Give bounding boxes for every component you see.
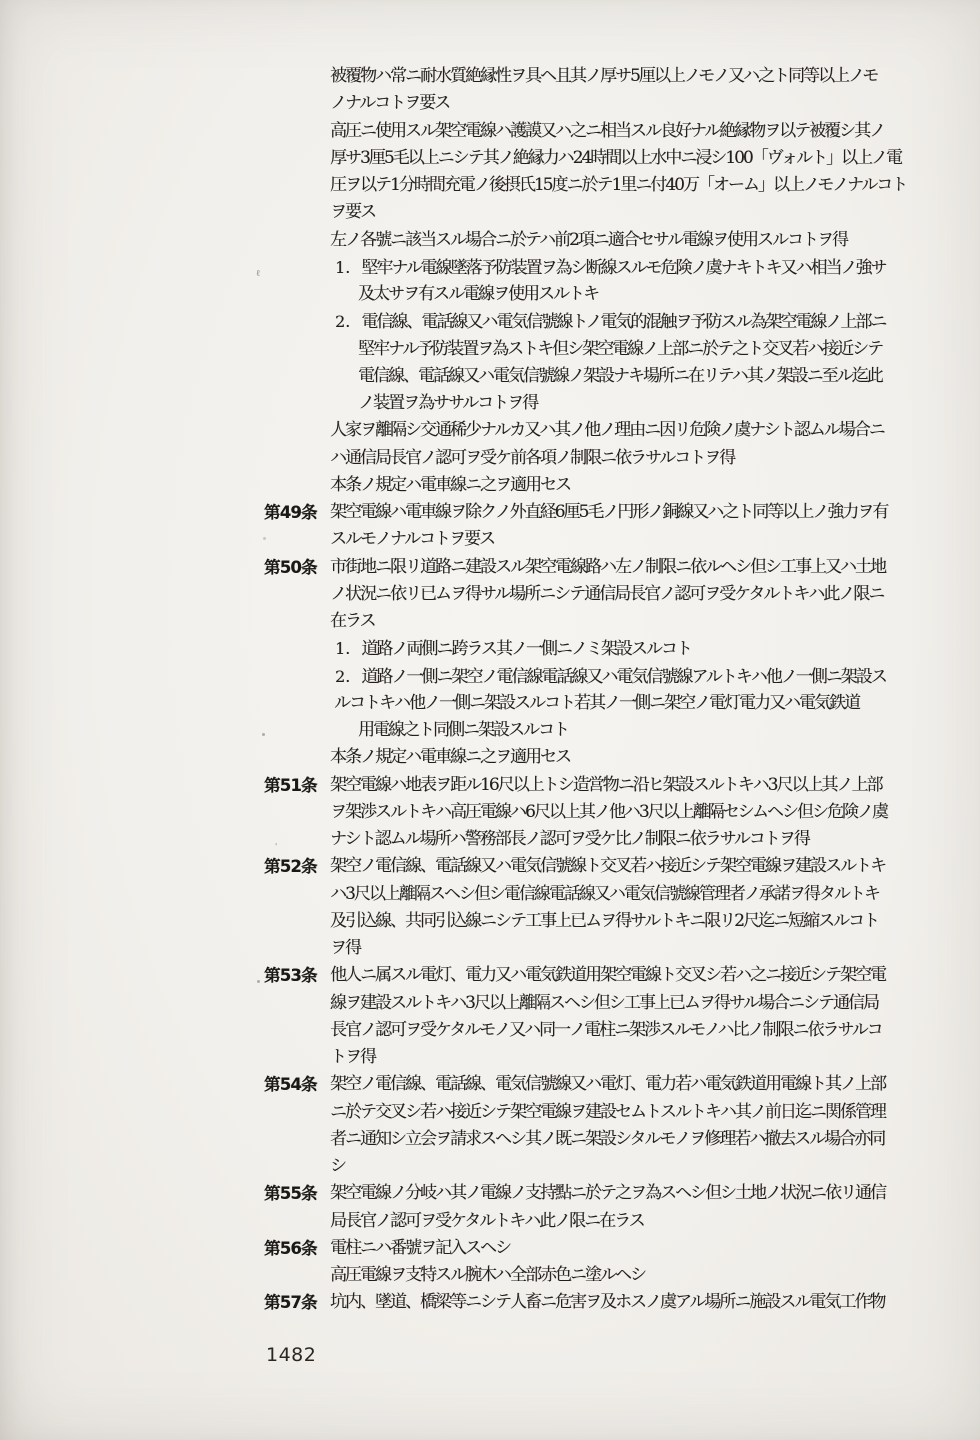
text-line: スルモノナルコトヲ要ス bbox=[0, 526, 980, 553]
line-text: 用電線之ト同側ニ架設スルコト bbox=[358, 717, 568, 744]
text-line: 圧ヲ以テ1分時間充電ノ後摂氏15度ニ於テ1里ニ付40万「オーム」以上ノモノナルコ… bbox=[0, 172, 980, 199]
line-text: 局長官ノ認可ヲ受ケタルトキハ此ノ限ニ在ラス bbox=[330, 1208, 644, 1235]
text-line: 第49条 架空電線ハ電車線ヲ除クノ外直経6厘5毛ノ円形ノ銅線又ハ之ト同等以上ノ強… bbox=[0, 499, 980, 526]
line-text: ヲ要ス bbox=[330, 199, 375, 226]
line-text: 長官ノ認可ヲ受ケタルモノ又ハ同一ノ電柱ニ架渉スルモノハ比ノ制限ニ依ラサルコ bbox=[330, 1017, 882, 1044]
text-line: 本条ノ規定ハ電車線ニ之ヲ適用セス bbox=[0, 744, 980, 771]
text-line: 第56条 電柱ニハ番號ヲ記入スヘシ bbox=[0, 1235, 980, 1262]
text-line: 第51条 架空電線ハ地表ヲ距ル16尺以上トシ造営物ニ沿ヒ架設スルトキハ3尺以上其… bbox=[0, 772, 980, 799]
line-text: ヲ得 bbox=[330, 935, 360, 962]
line-text: 電信線、電話線又ハ電気信號線トノ電気的混触ヲ予防スル為架空電線ノ上部ニ bbox=[361, 309, 885, 336]
line-text: ノ装置ヲ為ササルコトヲ得 bbox=[358, 390, 537, 417]
text-line: 第50条 市街地ニ限リ道路ニ建設スル架空電線路ハ左ノ制限ニ依ルヘシ但シ工事上又ハ… bbox=[0, 554, 980, 581]
scan-speck bbox=[257, 980, 260, 983]
article-number: 第51条 bbox=[264, 772, 317, 799]
text-line: 第55条 架空電線ノ分岐ハ其ノ電線ノ支持點ニ於テ之ヲ為スヘシ但シ土地ノ状況ニ依リ… bbox=[0, 1180, 980, 1207]
line-text: ノ状況ニ依リ已ムヲ得サル場所ニシテ通信局長官ノ認可ヲ受ケタルトキハ此ノ限ニ bbox=[330, 581, 883, 608]
text-line: 左ノ各號ニ該当スル場合ニ於テハ前2項ニ適合セサル電線ヲ使用スルコトヲ得 bbox=[0, 227, 980, 254]
document-body: 被覆物ハ常ニ耐水質絶縁性ヲ具ヘ且其ノ厚サ5厘以上ノモノ又ハ之ト同等以上ノモ ノナ… bbox=[0, 63, 980, 1317]
text-line: 在ラス bbox=[0, 608, 980, 635]
line-text: ハ3尺以上離隔スヘシ但シ電信線電話線又ハ電気信號線管理者ノ承諾ヲ得タルトキ bbox=[330, 881, 879, 908]
text-line: 局長官ノ認可ヲ受ケタルトキハ此ノ限ニ在ラス bbox=[0, 1208, 980, 1235]
line-text: ノナルコトヲ要ス bbox=[330, 90, 449, 117]
line-text: 電信線、電話線又ハ電気信號線ノ架設ナキ場所ニ在リテハ其ノ架設ニ至ル迄此 bbox=[358, 363, 882, 390]
item-number: 1. bbox=[335, 254, 358, 281]
line-text: ナシト認ムル場所ハ警務部長ノ認可ヲ受ケ比ノ制限ニ依ラサルコトヲ得 bbox=[330, 826, 809, 853]
line-text: 高圧電線ヲ支特スル腕木ハ全部赤色ニ塗ルヘシ bbox=[330, 1262, 645, 1289]
article-number: 第49条 bbox=[264, 499, 317, 526]
page-number: 1482 bbox=[266, 1344, 316, 1366]
article-number: 第52条 bbox=[264, 853, 317, 880]
text-line: 2. 道路ノ一側ニ架空ノ電信線電話線又ハ電気信號線アルトキハ他ノ一側ニ架設ス bbox=[0, 663, 980, 690]
scan-speck: ' bbox=[275, 842, 277, 851]
line-text: ニ於テ交叉シ若ハ接近シテ架空電線ヲ建設セムトスルトキハ其ノ前日迄ニ関係管理 bbox=[330, 1099, 885, 1126]
scan-speck bbox=[263, 537, 266, 540]
line-text: 者ニ通知シ立会ヲ請求スヘシ其ノ既ニ架設シタルモノヲ修理若ハ撤去スル場合亦同 bbox=[330, 1126, 884, 1153]
text-line: 第53条 他人ニ属スル電灯、電力又ハ電気鉄道用架空電線ト交叉シ若ハ之ニ接近シテ架… bbox=[0, 962, 980, 989]
text-line: 及引込線、共同引込線ニシテ工事上已ムヲ得サルトキニ限リ2尺迄ニ短縮スルコト bbox=[0, 908, 980, 935]
text-line: ハ3尺以上離隔スヘシ但シ電信線電話線又ハ電気信號線管理者ノ承諾ヲ得タルトキ bbox=[0, 881, 980, 908]
text-line: 被覆物ハ常ニ耐水質絶縁性ヲ具ヘ且其ノ厚サ5厘以上ノモノ又ハ之ト同等以上ノモ bbox=[0, 63, 980, 90]
article-number: 第55条 bbox=[264, 1180, 317, 1207]
article-number: 第50条 bbox=[264, 554, 317, 581]
line-text: 架空電線ハ地表ヲ距ル16尺以上トシ造営物ニ沿ヒ架設スルトキハ3尺以上其ノ上部 bbox=[330, 772, 881, 799]
text-line: 堅牢ナル予防装置ヲ為ストキ但シ架空電線ノ上部ニ於テ之ト交叉若ハ接近シテ bbox=[0, 336, 980, 363]
text-line: 厚サ3厘5毛以上ニシテ其ノ絶縁力ハ24時間以上水中ニ浸シ100「ヴォルト」以上ノ… bbox=[0, 145, 980, 172]
text-line: 線ヲ建設スルトキハ3尺以上離隔スヘシ但シ工事上已ムヲ得サル場合ニシテ通信局 bbox=[0, 990, 980, 1017]
item-number: 1. bbox=[335, 635, 358, 662]
scanned-document-page: 被覆物ハ常ニ耐水質絶縁性ヲ具ヘ且其ノ厚サ5厘以上ノモノ又ハ之ト同等以上ノモ ノナ… bbox=[0, 0, 980, 1440]
text-line: ハ通信局長官ノ認可ヲ受ケ前各項ノ制限ニ依ラサルコトヲ得 bbox=[0, 445, 980, 472]
text-line: ヲ要ス bbox=[0, 199, 980, 226]
article-number: 第53条 bbox=[264, 962, 317, 989]
line-text: ルコトキハ他ノ一側ニ架設スルコト若其ノ一側ニ架空ノ電灯電力又ハ電気鉄道 bbox=[334, 690, 859, 717]
text-line: 者ニ通知シ立会ヲ請求スヘシ其ノ既ニ架設シタルモノヲ修理若ハ撤去スル場合亦同 bbox=[0, 1126, 980, 1153]
line-text: 架空電線ノ分岐ハ其ノ電線ノ支持點ニ於テ之ヲ為スヘシ但シ土地ノ状況ニ依リ通信 bbox=[330, 1180, 885, 1207]
line-text: スルモノナルコトヲ要ス bbox=[330, 526, 494, 553]
line-text: 架空ノ電信線、電話線、電気信號線又ハ電灯、電力若ハ電気鉄道用電線ト其ノ上部 bbox=[330, 1071, 885, 1098]
text-line: 人家ヲ離隔シ交通稀少ナルカ又ハ其ノ他ノ理由ニ因リ危険ノ虞ナシト認ムル場合ニ bbox=[0, 417, 980, 444]
text-line: 電信線、電話線又ハ電気信號線ノ架設ナキ場所ニ在リテハ其ノ架設ニ至ル迄此 bbox=[0, 363, 980, 390]
text-line: 及太サヲ有スル電線ヲ使用スルトキ bbox=[0, 281, 980, 308]
text-line: ヲ得 bbox=[0, 935, 980, 962]
line-text: 人家ヲ離隔シ交通稀少ナルカ又ハ其ノ他ノ理由ニ因リ危険ノ虞ナシト認ムル場合ニ bbox=[330, 417, 884, 444]
line-text: 圧ヲ以テ1分時間充電ノ後摂氏15度ニ於テ1里ニ付40万「オーム」以上ノモノナルコ… bbox=[330, 172, 906, 199]
text-line: ヲ架渉スルトキハ高圧電線ハ6尺以上其ノ他ハ3尺以上離隔セシムヘシ但シ危険ノ虞 bbox=[0, 799, 980, 826]
line-text: 本条ノ規定ハ電車線ニ之ヲ適用セス bbox=[330, 744, 570, 771]
scan-speck: ℓ bbox=[256, 270, 260, 279]
text-line: 用電線之ト同側ニ架設スルコト bbox=[0, 717, 980, 744]
item-number: 2. bbox=[335, 663, 358, 690]
item-number: 2. bbox=[335, 308, 358, 335]
text-line: ノ状況ニ依リ已ムヲ得サル場所ニシテ通信局長官ノ認可ヲ受ケタルトキハ此ノ限ニ bbox=[0, 581, 980, 608]
article-number: 第57条 bbox=[264, 1289, 317, 1316]
line-text: ヲ架渉スルトキハ高圧電線ハ6尺以上其ノ他ハ3尺以上離隔セシムヘシ但シ危険ノ虞 bbox=[330, 799, 887, 826]
line-text: 及引込線、共同引込線ニシテ工事上已ムヲ得サルトキニ限リ2尺迄ニ短縮スルコト bbox=[330, 908, 878, 935]
line-text: 高圧ニ使用スル架空電線ハ護謨又ハ之ニ相当スル良好ナル絶縁物ヲ以テ被覆シ其ノ bbox=[330, 118, 884, 145]
text-line: 高圧電線ヲ支特スル腕木ハ全部赤色ニ塗ルヘシ bbox=[0, 1262, 980, 1289]
line-text: 本条ノ規定ハ電車線ニ之ヲ適用セス bbox=[330, 472, 570, 499]
text-line: ルコトキハ他ノ一側ニ架設スルコト若其ノ一側ニ架空ノ電灯電力又ハ電気鉄道 bbox=[0, 690, 980, 717]
line-text: ハ通信局長官ノ認可ヲ受ケ前各項ノ制限ニ依ラサルコトヲ得 bbox=[330, 445, 734, 472]
line-text: 堅牢ナル予防装置ヲ為ストキ但シ架空電線ノ上部ニ於テ之ト交叉若ハ接近シテ bbox=[358, 336, 882, 363]
line-text: 他人ニ属スル電灯、電力又ハ電気鉄道用架空電線ト交叉シ若ハ之ニ接近シテ架空電 bbox=[330, 962, 885, 989]
line-text: 厚サ3厘5毛以上ニシテ其ノ絶縁力ハ24時間以上水中ニ浸シ100「ヴォルト」以上ノ… bbox=[330, 145, 901, 172]
line-text: 道路ノ両側ニ跨ラス其ノ一側ニノミ架設スルコト bbox=[361, 636, 691, 663]
article-number: 第56条 bbox=[264, 1235, 317, 1262]
line-text: 電柱ニハ番號ヲ記入スヘシ bbox=[330, 1235, 510, 1262]
line-text: 及太サヲ有スル電線ヲ使用スルトキ bbox=[358, 281, 598, 308]
line-text: トヲ得 bbox=[330, 1044, 375, 1071]
line-text: 架空電線ハ電車線ヲ除クノ外直経6厘5毛ノ円形ノ銅線又ハ之ト同等以上ノ強力ヲ有 bbox=[330, 499, 887, 526]
text-line: ニ於テ交叉シ若ハ接近シテ架空電線ヲ建設セムトスルトキハ其ノ前日迄ニ関係管理 bbox=[0, 1099, 980, 1126]
text-line: 1. 堅牢ナル電線墜落予防装置ヲ為シ断線スルモ危険ノ虞ナキトキ又ハ相当ノ強サ bbox=[0, 254, 980, 281]
line-text: 堅牢ナル電線墜落予防装置ヲ為シ断線スルモ危険ノ虞ナキトキ又ハ相当ノ強サ bbox=[361, 255, 885, 282]
text-line: ナシト認ムル場所ハ警務部長ノ認可ヲ受ケ比ノ制限ニ依ラサルコトヲ得 bbox=[0, 826, 980, 853]
text-line: ノナルコトヲ要ス bbox=[0, 90, 980, 117]
line-text: 道路ノ一側ニ架空ノ電信線電話線又ハ電気信號線アルトキハ他ノ一側ニ架設ス bbox=[361, 664, 885, 691]
line-text: 架空ノ電信線、電話線又ハ電気信號線ト交叉若ハ接近シテ架空電線ヲ建設スルトキ bbox=[330, 853, 885, 880]
scan-speck bbox=[262, 733, 265, 736]
text-line: 1. 道路ノ両側ニ跨ラス其ノ一側ニノミ架設スルコト bbox=[0, 635, 980, 662]
line-text: 坑内、墜道、橋梁等ニシテ人畜ニ危害ヲ及ホスノ虞アル場所ニ施設スル電気工作物 bbox=[330, 1289, 884, 1316]
text-line: 本条ノ規定ハ電車線ニ之ヲ適用セス bbox=[0, 472, 980, 499]
text-line: シ bbox=[0, 1153, 980, 1180]
text-line: ノ装置ヲ為ササルコトヲ得 bbox=[0, 390, 980, 417]
line-text: 左ノ各號ニ該当スル場合ニ於テハ前2項ニ適合セサル電線ヲ使用スルコトヲ得 bbox=[330, 227, 847, 254]
line-text: 市街地ニ限リ道路ニ建設スル架空電線路ハ左ノ制限ニ依ルヘシ但シ工事上又ハ土地 bbox=[330, 554, 885, 581]
article-number: 第54条 bbox=[264, 1071, 317, 1098]
text-line: 長官ノ認可ヲ受ケタルモノ又ハ同一ノ電柱ニ架渉スルモノハ比ノ制限ニ依ラサルコ bbox=[0, 1017, 980, 1044]
line-text: 被覆物ハ常ニ耐水質絶縁性ヲ具ヘ且其ノ厚サ5厘以上ノモノ又ハ之ト同等以上ノモ bbox=[330, 63, 877, 90]
text-line: 第57条 坑内、墜道、橋梁等ニシテ人畜ニ危害ヲ及ホスノ虞アル場所ニ施設スル電気工… bbox=[0, 1289, 980, 1316]
line-text: シ bbox=[330, 1153, 345, 1180]
text-line: 2. 電信線、電話線又ハ電気信號線トノ電気的混触ヲ予防スル為架空電線ノ上部ニ bbox=[0, 308, 980, 335]
text-line: 第54条 架空ノ電信線、電話線、電気信號線又ハ電灯、電力若ハ電気鉄道用電線ト其ノ… bbox=[0, 1071, 980, 1098]
line-text: 在ラス bbox=[330, 608, 375, 635]
line-text: 線ヲ建設スルトキハ3尺以上離隔スヘシ但シ工事上已ムヲ得サル場合ニシテ通信局 bbox=[330, 990, 878, 1017]
text-line: 高圧ニ使用スル架空電線ハ護謨又ハ之ニ相当スル良好ナル絶縁物ヲ以テ被覆シ其ノ bbox=[0, 118, 980, 145]
text-line: 第52条 架空ノ電信線、電話線又ハ電気信號線ト交叉若ハ接近シテ架空電線ヲ建設スル… bbox=[0, 853, 980, 880]
text-line: トヲ得 bbox=[0, 1044, 980, 1071]
